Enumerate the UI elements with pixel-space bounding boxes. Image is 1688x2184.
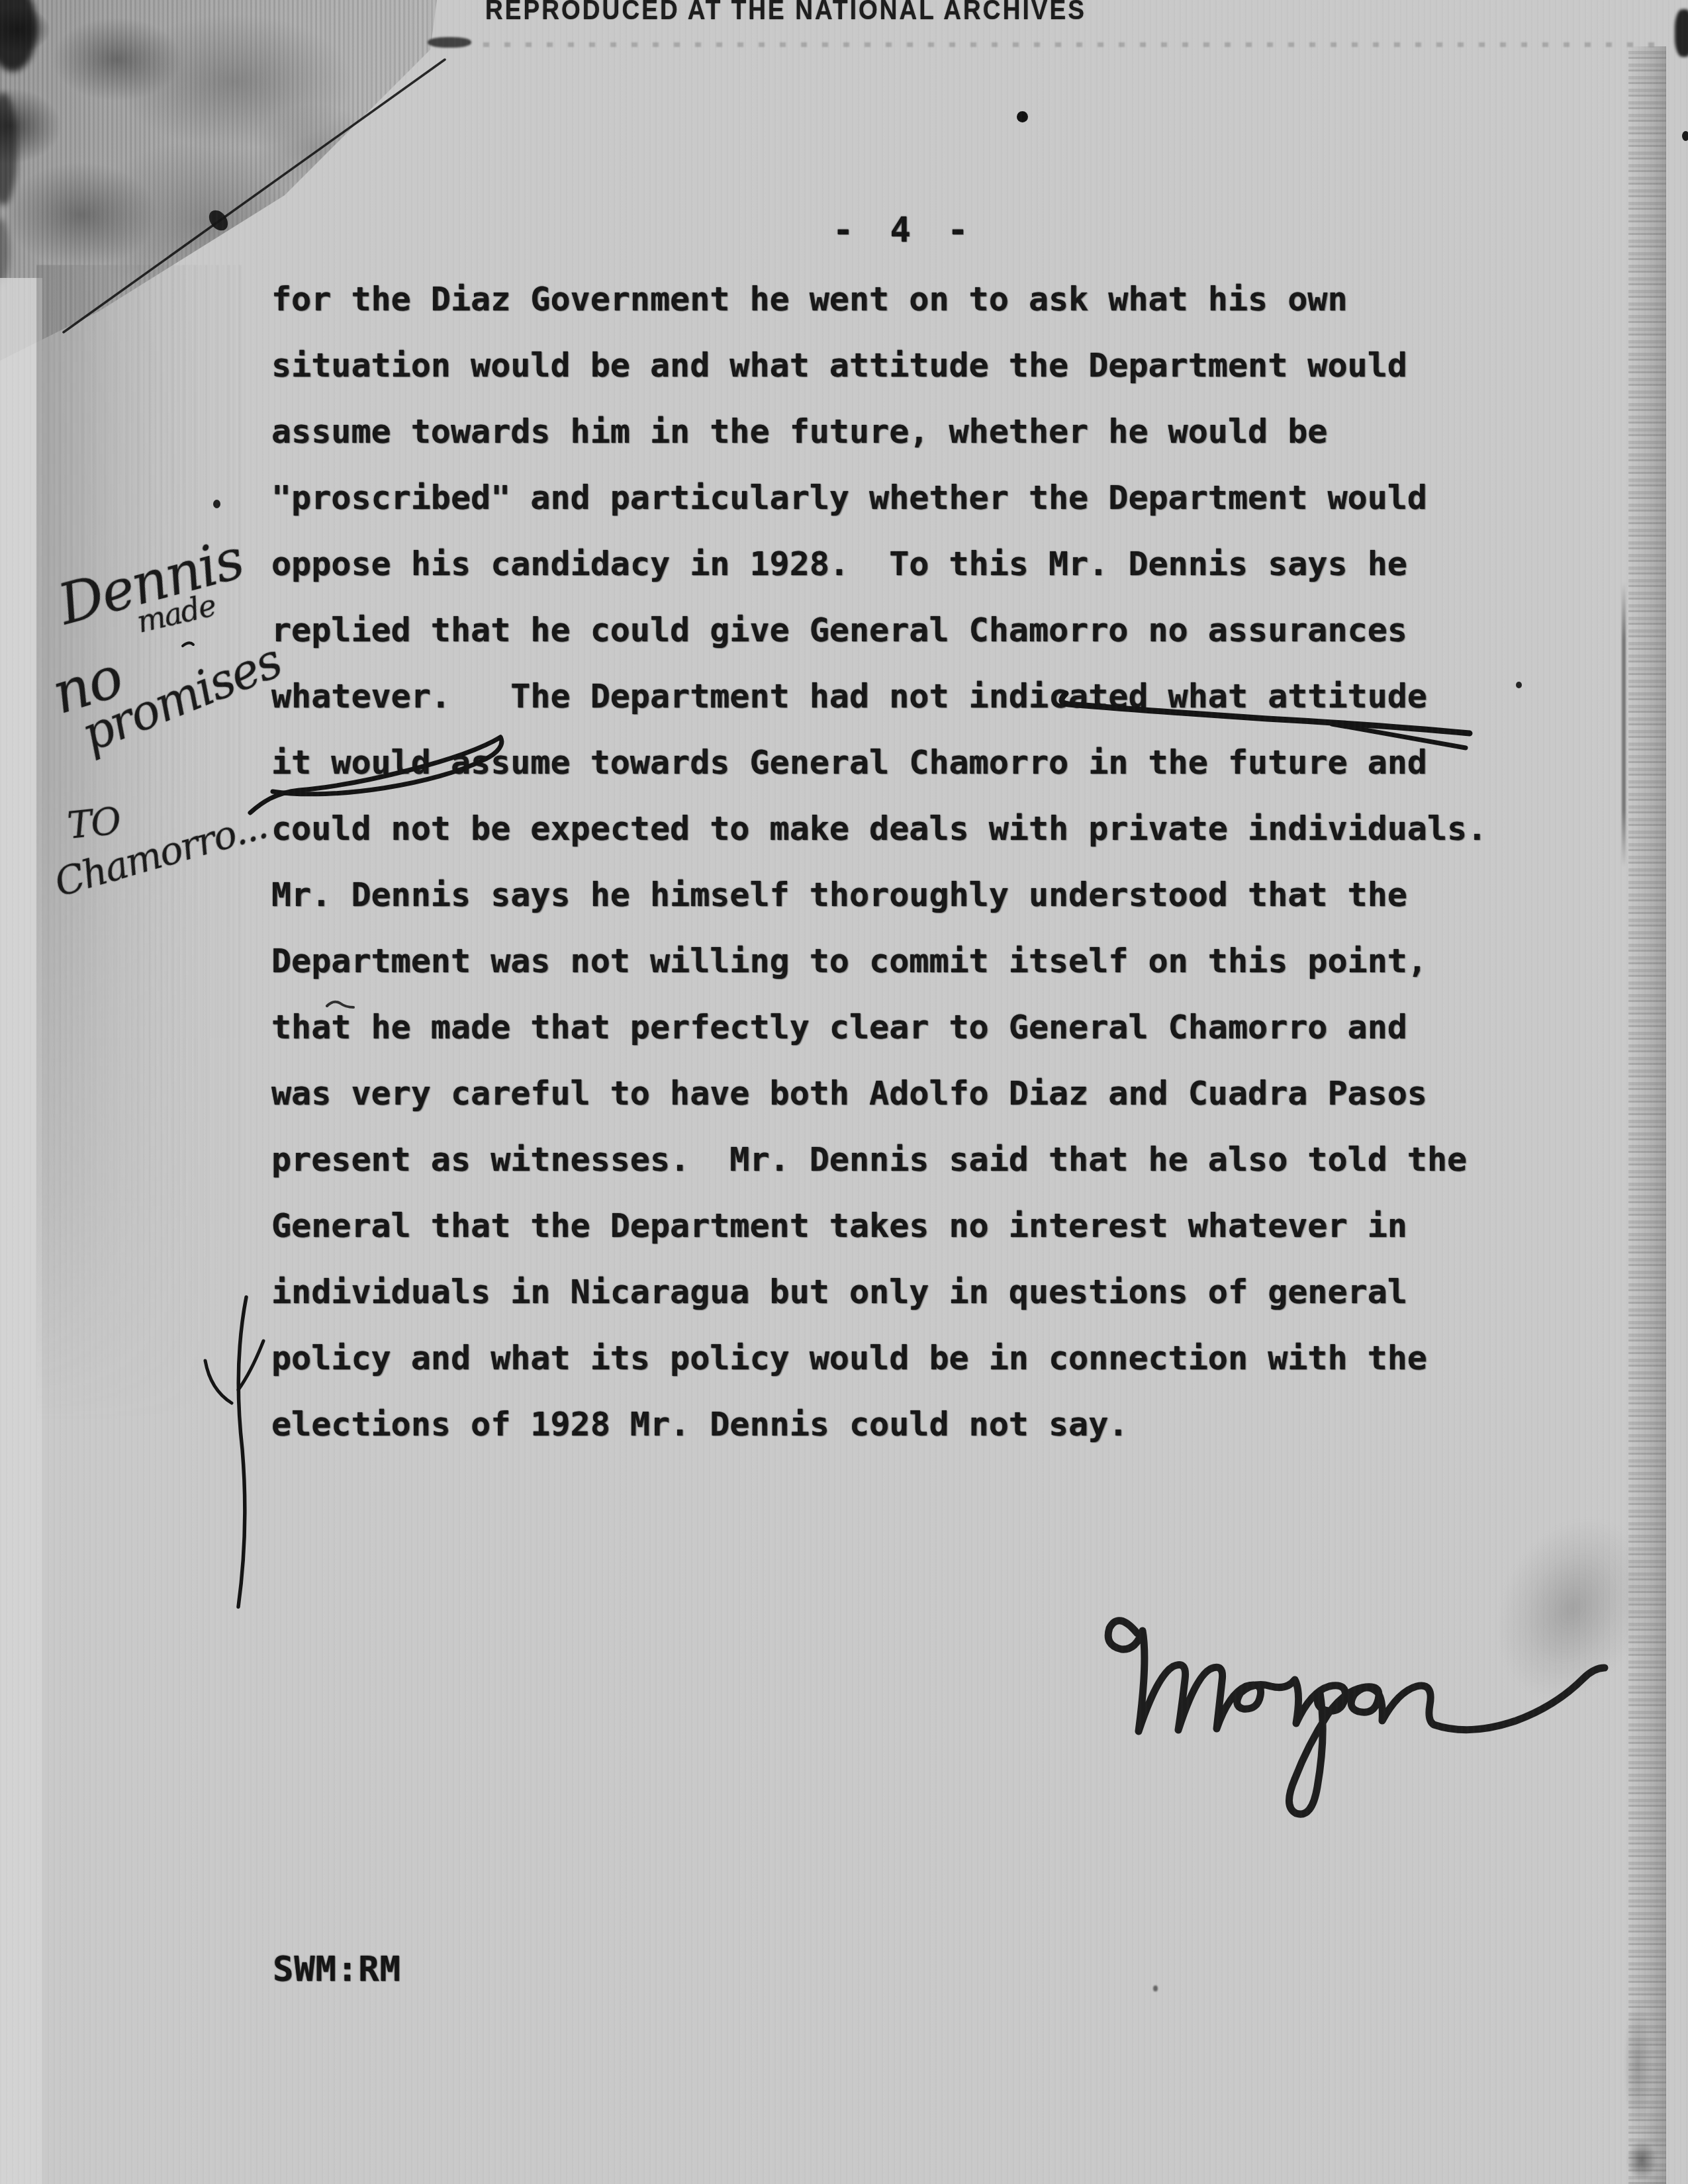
typed-line: Department was not willing to commit its… — [271, 928, 1503, 994]
typed-line: it would assume towards General Chamorro… — [271, 729, 1503, 796]
typed-line: could not be expected to make deals with… — [271, 796, 1503, 862]
scan-right-bottom-smudge — [1618, 1985, 1658, 2184]
scan-smear-line — [483, 42, 1668, 47]
typed-line: present as witnesses. Mr. Dennis said th… — [271, 1126, 1503, 1193]
page-number: - 4 - — [833, 210, 976, 250]
scan-right-streak-line — [1622, 582, 1626, 867]
typed-line: assume towards him in the future, whethe… — [271, 398, 1503, 465]
typed-line: "proscribed" and particularly whether th… — [271, 465, 1503, 531]
typed-line: General that the Department takes no int… — [271, 1193, 1503, 1259]
typed-line: policy and what its policy would be in c… — [271, 1325, 1503, 1391]
typed-line: for the Diaz Government he went on to as… — [271, 266, 1503, 332]
scan-smear-mark — [428, 37, 471, 48]
typed-line: situation would be and what attitude the… — [271, 332, 1503, 398]
typed-line: individuals in Nicaragua but only in que… — [271, 1259, 1503, 1325]
scanned-document-page: REPRODUCED AT THE NATIONAL ARCHIVES - 4 … — [0, 0, 1688, 2184]
typed-line: replied that he could give General Chamo… — [271, 597, 1503, 663]
typed-line: oppose his candidacy in 1928. To this Mr… — [271, 531, 1503, 597]
typed-line: was very careful to have both Adolfo Dia… — [271, 1060, 1503, 1126]
typist-initials: SWM:RM — [273, 1950, 401, 1989]
ink-speck — [213, 500, 220, 508]
scan-corner-mark — [1675, 9, 1688, 57]
margin-note-word: TO — [66, 799, 122, 848]
typed-line: Mr. Dennis says he himself thoroughly un… — [271, 862, 1503, 928]
ink-speck — [1516, 682, 1522, 688]
typed-line: elections of 1928 Mr. Dennis could not s… — [271, 1391, 1503, 1457]
ink-speck — [1017, 111, 1028, 122]
scan-edge-dot — [1682, 131, 1688, 141]
typed-line: whatever. The Department had not indicat… — [271, 663, 1503, 729]
scan-right-streak-band — [1628, 46, 1666, 2184]
archives-reproduction-stamp: REPRODUCED AT THE NATIONAL ARCHIVES — [485, 0, 1086, 26]
ink-speck — [1153, 1985, 1158, 1991]
typed-body-text: for the Diaz Government he went on to as… — [271, 266, 1503, 1457]
typed-line: that he made that perfectly clear to Gen… — [271, 994, 1503, 1060]
